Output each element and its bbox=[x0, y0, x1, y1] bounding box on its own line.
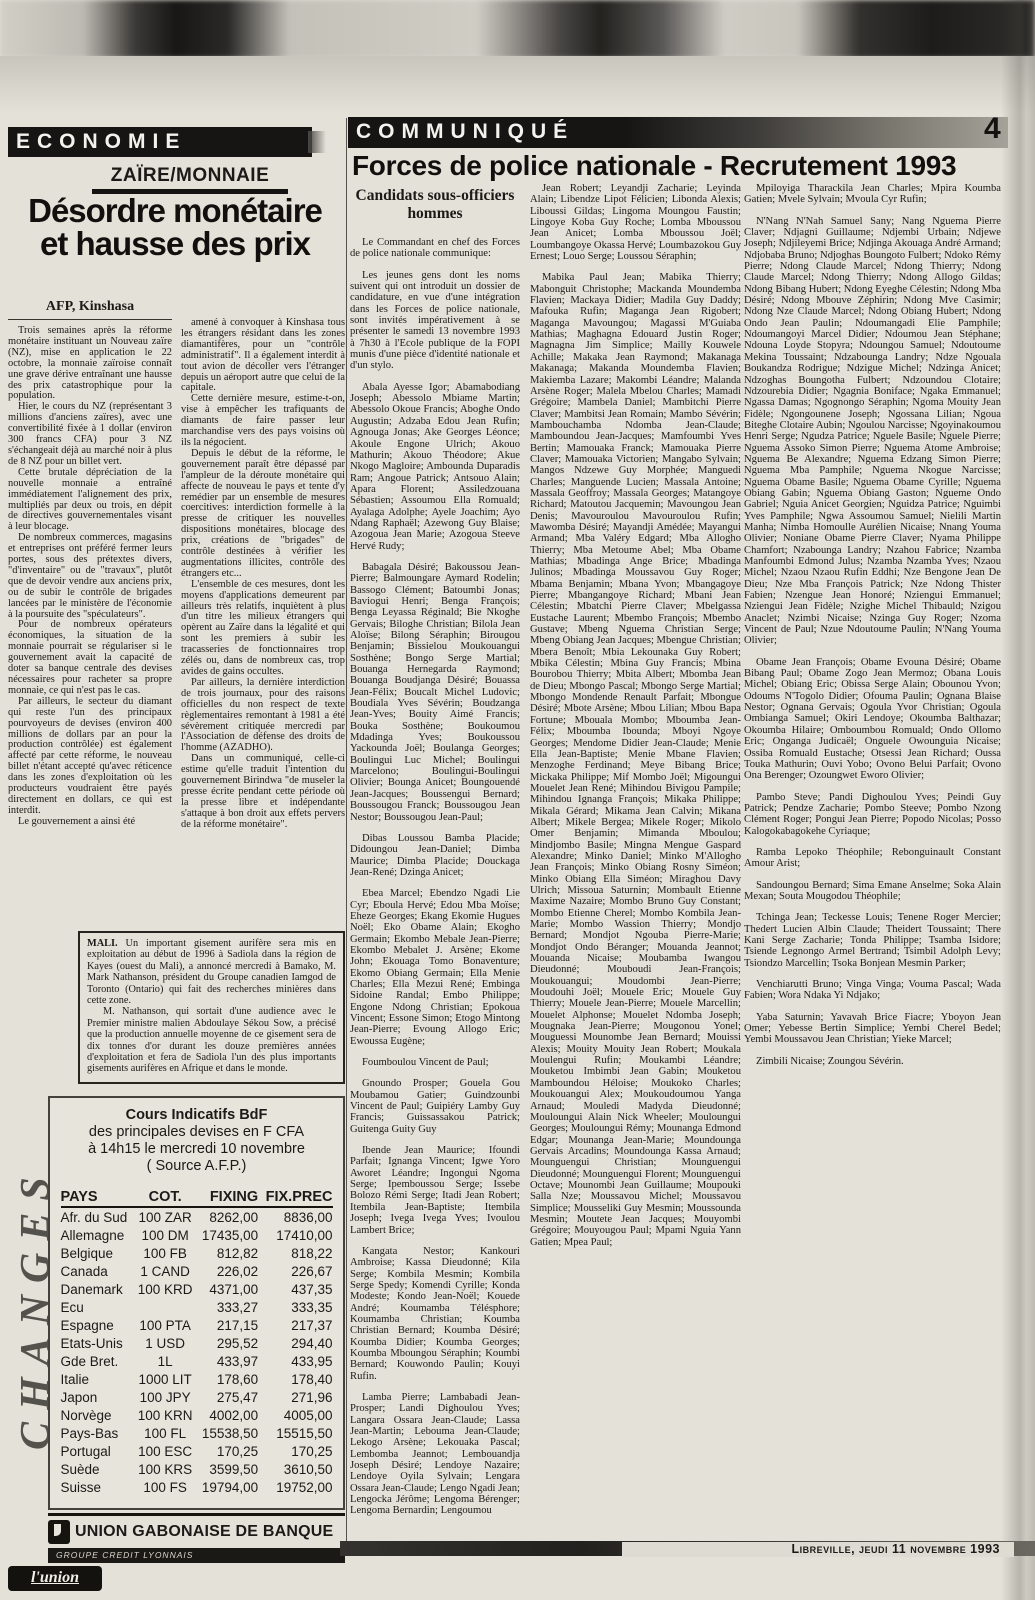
section-bar-communique: COMMUNIQUÉ bbox=[348, 117, 1008, 148]
article-paragraph: Dans un communiqué, celle-ci estime qu'e… bbox=[181, 754, 345, 830]
cell-fixprec: 178,40 bbox=[258, 1370, 332, 1388]
article-paragraph: Trois semaines après la réforme monétair… bbox=[8, 326, 172, 402]
communique-column-1: Candidats sous-officiers hommes Le Comma… bbox=[350, 183, 520, 1543]
names-paragraph: Ibende Jean Maurice; Ifoundi Parfait; Ig… bbox=[350, 1145, 520, 1236]
communique-column-3: Mpiloyiga Tharackila Jean Charles; Mpira… bbox=[744, 183, 1001, 1543]
cell-fixprec: 217,37 bbox=[258, 1316, 332, 1334]
cell-pays: Italie bbox=[61, 1370, 135, 1388]
article-paragraph: Hier, le cours du NZ (représentant 3 mil… bbox=[8, 402, 172, 467]
col-header-fixing: FIXING bbox=[196, 1189, 259, 1207]
table-row: Suède 100 KRS 3599,50 3610,50 bbox=[61, 1460, 333, 1478]
cell-pays: Canada bbox=[61, 1262, 135, 1280]
cell-pays: Suède bbox=[61, 1460, 135, 1478]
article-headline: Désordre monétaire et hausse des prix bbox=[6, 194, 344, 260]
mali-news-box: MALI. Un important gisement aurifère ser… bbox=[78, 931, 345, 1084]
cell-fixing: 812,82 bbox=[196, 1244, 259, 1262]
names-paragraph: Les jeunes gens dont les noms suivent qu… bbox=[350, 270, 520, 372]
cell-cot: 100 PTA bbox=[135, 1316, 196, 1334]
scan-photo-strip-lower bbox=[0, 56, 1035, 114]
cell-fixprec: 271,96 bbox=[258, 1388, 332, 1406]
cell-pays: Allemagne bbox=[61, 1226, 135, 1244]
cell-fixing: 217,15 bbox=[196, 1316, 259, 1334]
table-row: Etats-Unis 1 USD 295,52 294,40 bbox=[61, 1334, 333, 1352]
article-byline: AFP, Kinshasa bbox=[8, 299, 172, 320]
article-paragraph: Cette brutale dépréciation de la nouvell… bbox=[8, 468, 172, 533]
cell-fixing: 4371,00 bbox=[196, 1280, 259, 1298]
cell-pays: Suisse bbox=[61, 1478, 135, 1496]
cell-fixprec: 19752,00 bbox=[258, 1478, 332, 1496]
communique-column-2: Jean Robert; Leyandji Zacharie; Leyinda … bbox=[530, 183, 741, 1543]
cell-pays: Ecu bbox=[61, 1298, 135, 1316]
communique-subtitle: Candidats sous-officiers hommes bbox=[350, 187, 520, 223]
bank-logo-icon bbox=[48, 1520, 70, 1544]
mali-lead: MALI. bbox=[87, 938, 118, 949]
cell-pays: Pays-Bas bbox=[61, 1424, 135, 1442]
banner-top-rule bbox=[48, 1513, 345, 1516]
article-paragraph: Par ailleurs, le secteur du diamant qui … bbox=[8, 697, 172, 817]
table-row: Suisse 100 FS 19794,00 19752,00 bbox=[61, 1478, 333, 1496]
cell-fixprec: 170,25 bbox=[258, 1442, 332, 1460]
cell-cot: 100 FL bbox=[135, 1424, 196, 1442]
rates-title-line2: des principales devises en F CFA bbox=[50, 1124, 343, 1141]
cell-pays: Belgique bbox=[61, 1244, 135, 1262]
newspaper-page: ECONOMIE COMMUNIQUÉ 4 ZAÏRE/MONNAIE Déso… bbox=[0, 0, 1035, 1600]
cell-pays: Etats-Unis bbox=[61, 1334, 135, 1352]
cell-cot: 100 KRD bbox=[135, 1280, 196, 1298]
names-paragraph: Obame Jean François; Obame Evouna Désiré… bbox=[744, 657, 1001, 782]
names-paragraph: N'Nang N'Nah Samuel Sany; Nang Nguema Pi… bbox=[744, 216, 1001, 647]
article-column-2: amené à convoquer à Kinshasa tous les ét… bbox=[181, 318, 345, 910]
cell-fixprec: 437,35 bbox=[258, 1280, 332, 1298]
cell-pays: Afr. du Sud bbox=[61, 1207, 135, 1226]
names-paragraph: Tchinga Jean; Teckesse Louis; Tenene Rog… bbox=[744, 912, 1001, 969]
cell-fixing: 295,52 bbox=[196, 1334, 259, 1352]
cell-fixing: 19794,00 bbox=[196, 1478, 259, 1496]
names-paragraph: Kangata Nestor; Kankouri Ambroise; Kassa… bbox=[350, 1246, 520, 1382]
cell-cot: 100 KRS bbox=[135, 1460, 196, 1478]
headline-line1: Désordre monétaire bbox=[28, 192, 322, 229]
article-kicker: ZAÏRE/MONNAIE bbox=[92, 165, 288, 194]
cell-fixprec: 818,22 bbox=[258, 1244, 332, 1262]
names-paragraph: Babagala Désiré; Bakoussou Jean-Pierre; … bbox=[350, 562, 520, 823]
names-paragraph: Le Commandant en chef des Forces de poli… bbox=[350, 237, 520, 260]
cell-fixprec: 333,35 bbox=[258, 1298, 332, 1316]
mali-text-1: Un important gisement aurifère sera mis … bbox=[87, 938, 336, 1006]
page-fold-shadow bbox=[1001, 0, 1035, 1600]
cell-pays: Espagne bbox=[61, 1316, 135, 1334]
cell-cot: 100 FB bbox=[135, 1244, 196, 1262]
cell-cot: 100 FS bbox=[135, 1478, 196, 1496]
subtitle-line1: Candidats sous-officiers bbox=[356, 187, 515, 204]
article-paragraph: Par ailleurs, la dernière interdiction d… bbox=[181, 678, 345, 754]
mali-paragraph-1: MALI. Un important gisement aurifère ser… bbox=[87, 938, 336, 1006]
mali-paragraph-2: M. Nathanson, qui sortait d'une audience… bbox=[87, 1006, 336, 1074]
cell-pays: Danemark bbox=[61, 1280, 135, 1298]
newspaper-logo: l'union bbox=[8, 1566, 102, 1591]
names-paragraph: Ebea Marcel; Ebendzo Ngadi Lie Cyr; Ebou… bbox=[350, 888, 520, 1047]
cell-fixprec: 4005,00 bbox=[258, 1406, 332, 1424]
cell-cot: 1L bbox=[135, 1352, 196, 1370]
article-paragraph: amené à convoquer à Kinshasa tous les ét… bbox=[181, 318, 345, 394]
col-header-pays: PAYS bbox=[61, 1189, 135, 1207]
table-row: Afr. du Sud 100 ZAR 8262,00 8836,00 bbox=[61, 1207, 333, 1226]
names-paragraph: Jean Robert; Leyandji Zacharie; Leyinda … bbox=[530, 183, 741, 262]
footer-date: Libreville, jeudi 11 novembre 1993 bbox=[622, 1542, 1014, 1557]
cell-cot: 100 ESC bbox=[135, 1442, 196, 1460]
table-row: Danemark 100 KRD 4371,00 437,35 bbox=[61, 1280, 333, 1298]
table-row: Pays-Bas 100 FL 15538,50 15515,50 bbox=[61, 1424, 333, 1442]
article-paragraph: L'ensemble de ces mesures, dont les moye… bbox=[181, 580, 345, 678]
page-number: 4 bbox=[984, 112, 1001, 146]
table-row: Gde Bret. 1L 433,97 433,95 bbox=[61, 1352, 333, 1370]
names-paragraph: Foumboulou Vincent de Paul; bbox=[350, 1057, 520, 1068]
article-paragraph: Le gouvernement a ainsi été bbox=[8, 817, 172, 828]
cell-fixing: 170,25 bbox=[196, 1442, 259, 1460]
cell-fixprec: 3610,50 bbox=[258, 1460, 332, 1478]
names-paragraph: Lamba Pierre; Lambabadi Jean-Prosper; La… bbox=[350, 1392, 520, 1517]
cell-cot: 1000 LIT bbox=[135, 1370, 196, 1388]
cell-fixprec: 8836,00 bbox=[258, 1207, 332, 1226]
cell-fixprec: 433,95 bbox=[258, 1352, 332, 1370]
names-paragraph: Mpiloyiga Tharackila Jean Charles; Mpira… bbox=[744, 183, 1001, 206]
cell-fixing: 178,60 bbox=[196, 1370, 259, 1388]
cell-fixing: 17435,00 bbox=[196, 1226, 259, 1244]
names-paragraph: Gnoundo Prosper; Gouela Gou Moubamou Gat… bbox=[350, 1078, 520, 1135]
cell-cot bbox=[135, 1298, 196, 1316]
cell-fixing: 15538,50 bbox=[196, 1424, 259, 1442]
cell-fixprec: 15515,50 bbox=[258, 1424, 332, 1442]
section-bar-economie: ECONOMIE bbox=[8, 127, 312, 157]
cell-fixing: 8262,00 bbox=[196, 1207, 259, 1226]
table-row: Ecu 333,27 333,35 bbox=[61, 1298, 333, 1316]
cell-fixing: 433,97 bbox=[196, 1352, 259, 1370]
names-list-a: Le Commandant en chef des Forces de poli… bbox=[350, 237, 520, 1517]
article-paragraph: De nombreux commerces, magasins et entre… bbox=[8, 533, 172, 620]
names-paragraph: Venchiarutti Bruno; Vinga Vinga; Vouma P… bbox=[744, 979, 1001, 1002]
table-row: Belgique 100 FB 812,82 818,22 bbox=[61, 1244, 333, 1262]
cell-fixing: 3599,50 bbox=[196, 1460, 259, 1478]
bank-group-label: GROUPE CREDIT LYONNAIS bbox=[48, 1548, 345, 1563]
cell-cot: 1 CAND bbox=[135, 1262, 196, 1280]
names-paragraph: Mabika Paul Jean; Mabika Thierry; Mabong… bbox=[530, 272, 741, 1248]
cell-cot: 100 DM bbox=[135, 1226, 196, 1244]
cell-fixing: 226,02 bbox=[196, 1262, 259, 1280]
cell-cot: 1 USD bbox=[135, 1334, 196, 1352]
table-row: Portugal 100 ESC 170,25 170,25 bbox=[61, 1442, 333, 1460]
article-column-1: Trois semaines après la réforme monétair… bbox=[8, 326, 172, 922]
article-paragraph: Depuis le début de la réforme, le gouver… bbox=[181, 449, 345, 580]
subtitle-line2: hommes bbox=[407, 205, 462, 222]
table-row: Allemagne 100 DM 17435,00 17410,00 bbox=[61, 1226, 333, 1244]
cell-cot: 100 JPY bbox=[135, 1388, 196, 1406]
rates-source: ( Source A.F.P.) bbox=[50, 1158, 343, 1175]
names-paragraph: Yaba Saturnin; Yavavah Brice Fiacre; Ybo… bbox=[744, 1012, 1001, 1046]
names-paragraph: Zimbili Nicaise; Zoungou Sévérin. bbox=[744, 1056, 1001, 1067]
exchange-rates-box: Cours Indicatifs BdF des principales dev… bbox=[48, 1096, 345, 1510]
headline-line2: et hausse des prix bbox=[40, 225, 310, 262]
rates-title-line3: à 14h15 le mercredi 10 novembre bbox=[50, 1141, 343, 1158]
names-paragraph: Abala Ayesse Igor; Abamabodiang Joseph; … bbox=[350, 382, 520, 552]
table-row: Italie 1000 LIT 178,60 178,40 bbox=[61, 1370, 333, 1388]
names-paragraph: Ramba Lepoko Théophile; Rebonguinault Co… bbox=[744, 847, 1001, 870]
table-row: Canada 1 CAND 226,02 226,67 bbox=[61, 1262, 333, 1280]
col-header-cot: COT. bbox=[135, 1189, 196, 1207]
bank-name: UNION GABONAISE DE BANQUE bbox=[75, 1523, 333, 1541]
cell-fixprec: 17410,00 bbox=[258, 1226, 332, 1244]
names-paragraph: Pambo Steve; Pandi Dighoulou Yves; Peind… bbox=[744, 792, 1001, 837]
names-paragraph: Dibas Loussou Bamba Placide; Didoungou J… bbox=[350, 833, 520, 878]
cell-fixing: 275,47 bbox=[196, 1388, 259, 1406]
cell-pays: Japon bbox=[61, 1388, 135, 1406]
bank-ad-banner: UNION GABONAISE DE BANQUE GROUPE CREDIT … bbox=[48, 1513, 345, 1563]
article-paragraph: Pour de nombreux opérateurs économiques,… bbox=[8, 620, 172, 696]
cell-pays: Norvège bbox=[61, 1406, 135, 1424]
exchange-rates-table: PAYS COT. FIXING FIX.PREC Afr. du Sud 10… bbox=[61, 1189, 333, 1496]
communique-headline: Forces de police nationale - Recrutement… bbox=[352, 150, 1007, 182]
scan-photo-strip bbox=[0, 0, 1035, 58]
cell-pays: Gde Bret. bbox=[61, 1352, 135, 1370]
cell-cot: 100 KRN bbox=[135, 1406, 196, 1424]
cell-fixprec: 226,67 bbox=[258, 1262, 332, 1280]
cell-cot: 100 ZAR bbox=[135, 1207, 196, 1226]
rates-title-line1: Cours Indicatifs BdF bbox=[50, 1107, 343, 1124]
article-paragraph: Cette dernière mesure, estime-t-on, vise… bbox=[181, 394, 345, 449]
table-row: Espagne 100 PTA 217,15 217,37 bbox=[61, 1316, 333, 1334]
cell-pays: Portugal bbox=[61, 1442, 135, 1460]
names-paragraph: Sandoungou Bernard; Sima Emane Anselme; … bbox=[744, 880, 1001, 903]
cell-fixing: 333,27 bbox=[196, 1298, 259, 1316]
cell-fixprec: 294,40 bbox=[258, 1334, 332, 1352]
table-row: Japon 100 JPY 275,47 271,96 bbox=[61, 1388, 333, 1406]
column-divider-rule bbox=[346, 118, 347, 1542]
cell-fixing: 4002,00 bbox=[196, 1406, 259, 1424]
table-row: Norvège 100 KRN 4002,00 4005,00 bbox=[61, 1406, 333, 1424]
col-header-fixprec: FIX.PREC bbox=[258, 1189, 332, 1207]
table-header-row: PAYS COT. FIXING FIX.PREC bbox=[61, 1189, 333, 1207]
